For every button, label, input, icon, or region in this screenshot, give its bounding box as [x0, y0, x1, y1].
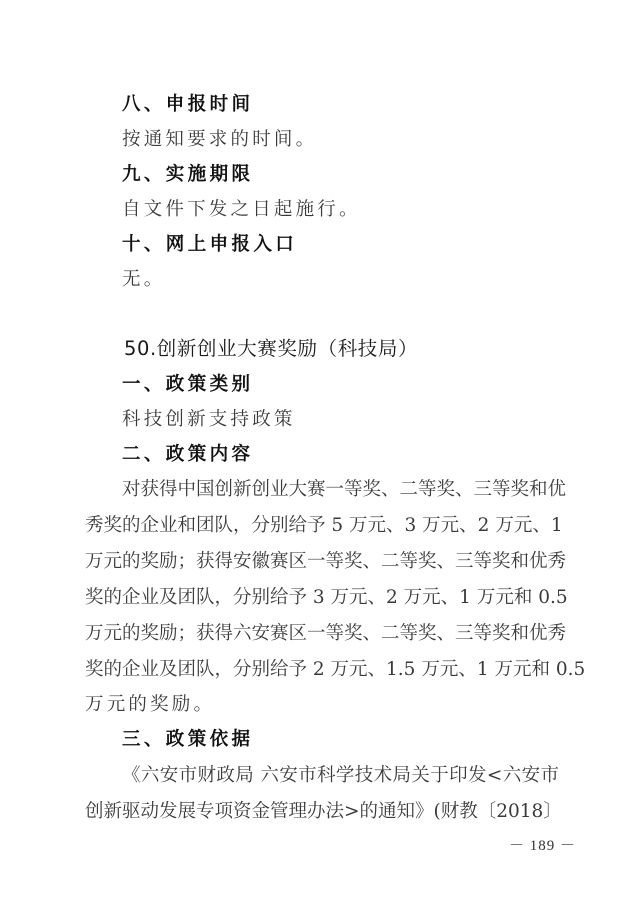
policy-basis-line: 《六安市财政局 六安市科学技术局关于印发<六安市 [122, 764, 559, 788]
section-heading-policy-content: 二、政策内容 [122, 443, 253, 467]
page-number: － 189 － [509, 834, 576, 855]
section-heading-implementation-period: 九、实施期限 [122, 163, 253, 187]
section-heading-policy-basis: 三、政策依据 [122, 728, 253, 752]
section-text-application-time: 按通知要求的时间。 [122, 128, 317, 152]
section-heading-policy-category: 一、政策类别 [122, 373, 253, 397]
section-text-online-portal: 无。 [122, 268, 165, 292]
policy-content-line: 万元的奖励。 [85, 693, 215, 717]
section-heading-application-time: 八、申报时间 [122, 93, 253, 117]
section-heading-online-portal: 十、网上申报入口 [122, 233, 297, 257]
section-text-implementation-period: 自文件下发之日起施行。 [122, 198, 361, 222]
policy-content-line: 万元的奖励；获得安徽赛区一等奖、二等奖、三等奖和优秀 [85, 550, 559, 574]
policy-content-line: 奖的企业及团队，分别给予 2 万元、1.5 万元、1 万元和 0.5 [85, 658, 559, 682]
policy-content-line: 秀奖的企业和团队，分别给予 5 万元、3 万元、2 万元、1 [85, 514, 559, 538]
policy-content-line: 对获得中国创新创业大赛一等奖、二等奖、三等奖和优 [122, 478, 559, 502]
section-text-policy-category: 科技创新支持政策 [122, 408, 296, 432]
policy-basis-line: 创新驱动发展专项资金管理办法>的通知》(财教〔2018〕 [85, 800, 559, 824]
policy-content-line: 万元的奖励；获得六安赛区一等奖、二等奖、三等奖和优秀 [85, 622, 559, 646]
policy-content-line: 奖的企业及团队，分别给予 3 万元、2 万元、1 万元和 0.5 [85, 586, 559, 610]
item-title: 50.创新创业大赛奖励（科技局） [124, 337, 418, 361]
document-page: 八、申报时间 按通知要求的时间。 九、实施期限 自文件下发之日起施行。 十、网上… [0, 0, 642, 907]
